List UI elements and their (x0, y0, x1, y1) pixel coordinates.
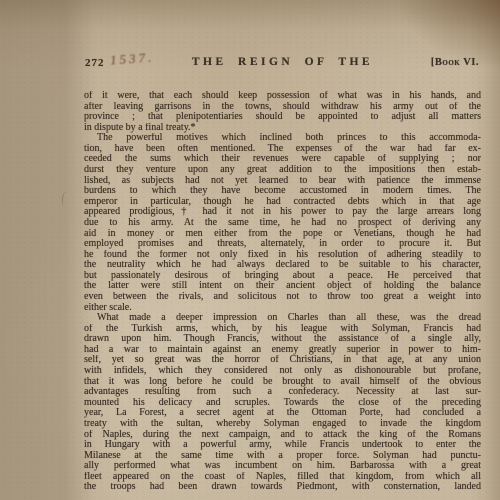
text-line: fleet appeared on the coast of Naples, f… (84, 472, 481, 483)
page-header: 272 1537. THE REIGN OF THE [Book VI. (84, 56, 481, 72)
text-line: advantages resulting from such a confede… (84, 387, 481, 398)
text-line: mounted his delicacy and scruples. Towar… (84, 398, 481, 409)
text-line: due to his army. At the same time, he ha… (84, 218, 481, 229)
text-line: the neutrality which he had always decla… (84, 260, 481, 271)
text-line: of it were, that each should keep posses… (84, 91, 481, 102)
text-line: of the Turkish arms, which, by his leagu… (84, 324, 481, 335)
text-line: he found the former not only fixed in hi… (84, 250, 481, 261)
text-line: burdens to which they have become accust… (84, 186, 481, 197)
text-line: the latter were still intent on their an… (84, 281, 481, 292)
text-line: of Naples, during the next campaign, and… (84, 430, 481, 441)
text-line: Milanese at the same time with a proper … (84, 451, 481, 462)
text-line: lished, as subjects had not yet learned … (84, 176, 481, 187)
text-line: aid in money or men either from the pope… (84, 229, 481, 240)
text-line: self, yet so great was the horror of Chr… (84, 355, 481, 366)
page-paragraph: of it were, that each should keep posses… (84, 91, 481, 133)
text-line: emperor in particular, though he had con… (84, 197, 481, 208)
text-line: after leaving garrisons in the towns, sh… (84, 102, 481, 113)
scanned-book-page: 272 1537. THE REIGN OF THE [Book VI. of … (0, 0, 500, 500)
page-body-text: of it were, that each should keep posses… (84, 91, 481, 500)
text-line: The powerful motives which inclined both… (84, 133, 481, 144)
text-line: with infidels, which they considered not… (84, 366, 481, 377)
text-line: had a war to maintain against an enemy g… (84, 345, 481, 356)
text-line: year, La Forest, a secret agent at the O… (84, 408, 481, 419)
text-line: in dispute by a final treaty.* (84, 123, 481, 134)
text-line: that it was long before he could be brou… (84, 377, 481, 388)
text-line: ally performed what was incumbent on him… (84, 461, 481, 472)
page-paragraph: What made a deeper impression on Charles… (84, 313, 481, 493)
text-line: but passionately desirous of bringing ab… (84, 271, 481, 282)
text-line: even between the rivals, and solicitous … (84, 292, 481, 303)
running-title: THE REIGN OF THE (84, 56, 481, 68)
text-line: the troops had been drawn towards Piedmo… (84, 482, 481, 493)
text-line: What made a deeper impression on Charles… (84, 313, 481, 324)
text-line: treaty with the sultan, whereby Solyman … (84, 419, 481, 430)
text-line: durst they venture upon any great additi… (84, 165, 481, 176)
text-line: tion, have been often mentioned. The exp… (84, 144, 481, 155)
text-line: drawn upon him. Though Francis, without … (84, 334, 481, 345)
text-line: appeared prodigious,† had it not in his … (84, 207, 481, 218)
page-paragraph: The powerful motives which inclined both… (84, 133, 481, 313)
margin-pencil-mark (61, 192, 69, 207)
text-line: employed promises and threats, alternate… (84, 239, 481, 250)
text-line: province ; that plenipotentiaries should… (84, 112, 481, 123)
text-line: ceeded the sums which their revenues wer… (84, 154, 481, 165)
text-line: in Hungary with a powerful army, while F… (84, 440, 481, 451)
text-line: either scale. (84, 303, 481, 314)
book-label: [Book VI. (431, 57, 479, 68)
